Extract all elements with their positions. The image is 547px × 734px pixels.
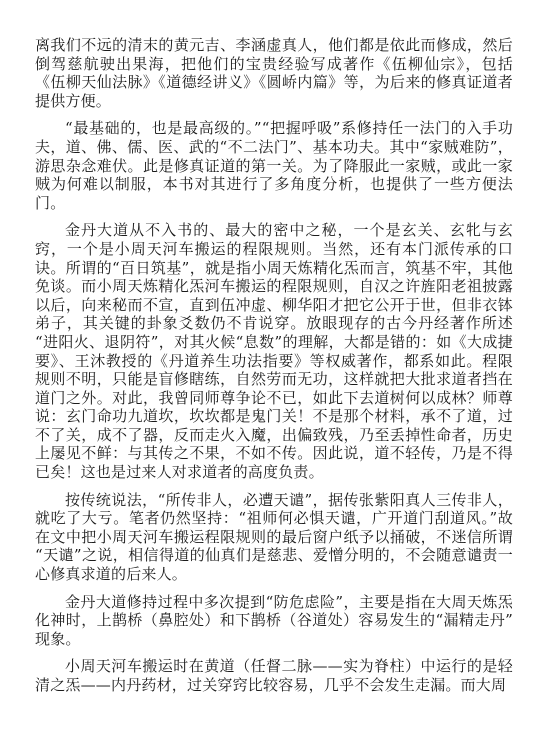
paragraph-continuation: 离我们不远的清末的黄元吉、李涵虚真人，他们都是依此而修成，然后倒驾慈航驶出果海，… [35,36,513,110]
paragraph: “最基础的，也是最高级的。”“把握呼吸”系修持任一法门的入手功夫，道、佛、儒、医… [35,119,513,212]
paragraph: 金丹大道从不入书的、最大的密中之秘，一个是玄关、玄牝与玄窍，一个是小周天河车搬运… [35,221,513,481]
paragraph: 金丹大道修持过程中多次提到“防危虑险”，主要是指在大周天炼炁化神时，上鹊桥（鼻腔… [35,593,513,649]
paragraph: 按传统说法，“所传非人，必遭天谴”，据传张紫阳真人三传非人，就吃了大亏。笔者仍然… [35,491,513,584]
document-page: 离我们不远的清末的黄元吉、李涵虚真人，他们都是依此而修成，然后倒驾慈航驶出果海，… [0,0,547,734]
paragraph-cut-off-at-page-bottom: 小周天河车搬运时在黄道（任督二脉——实为脊柱）中运行的是轻清之炁——内丹药材，过… [35,657,513,694]
